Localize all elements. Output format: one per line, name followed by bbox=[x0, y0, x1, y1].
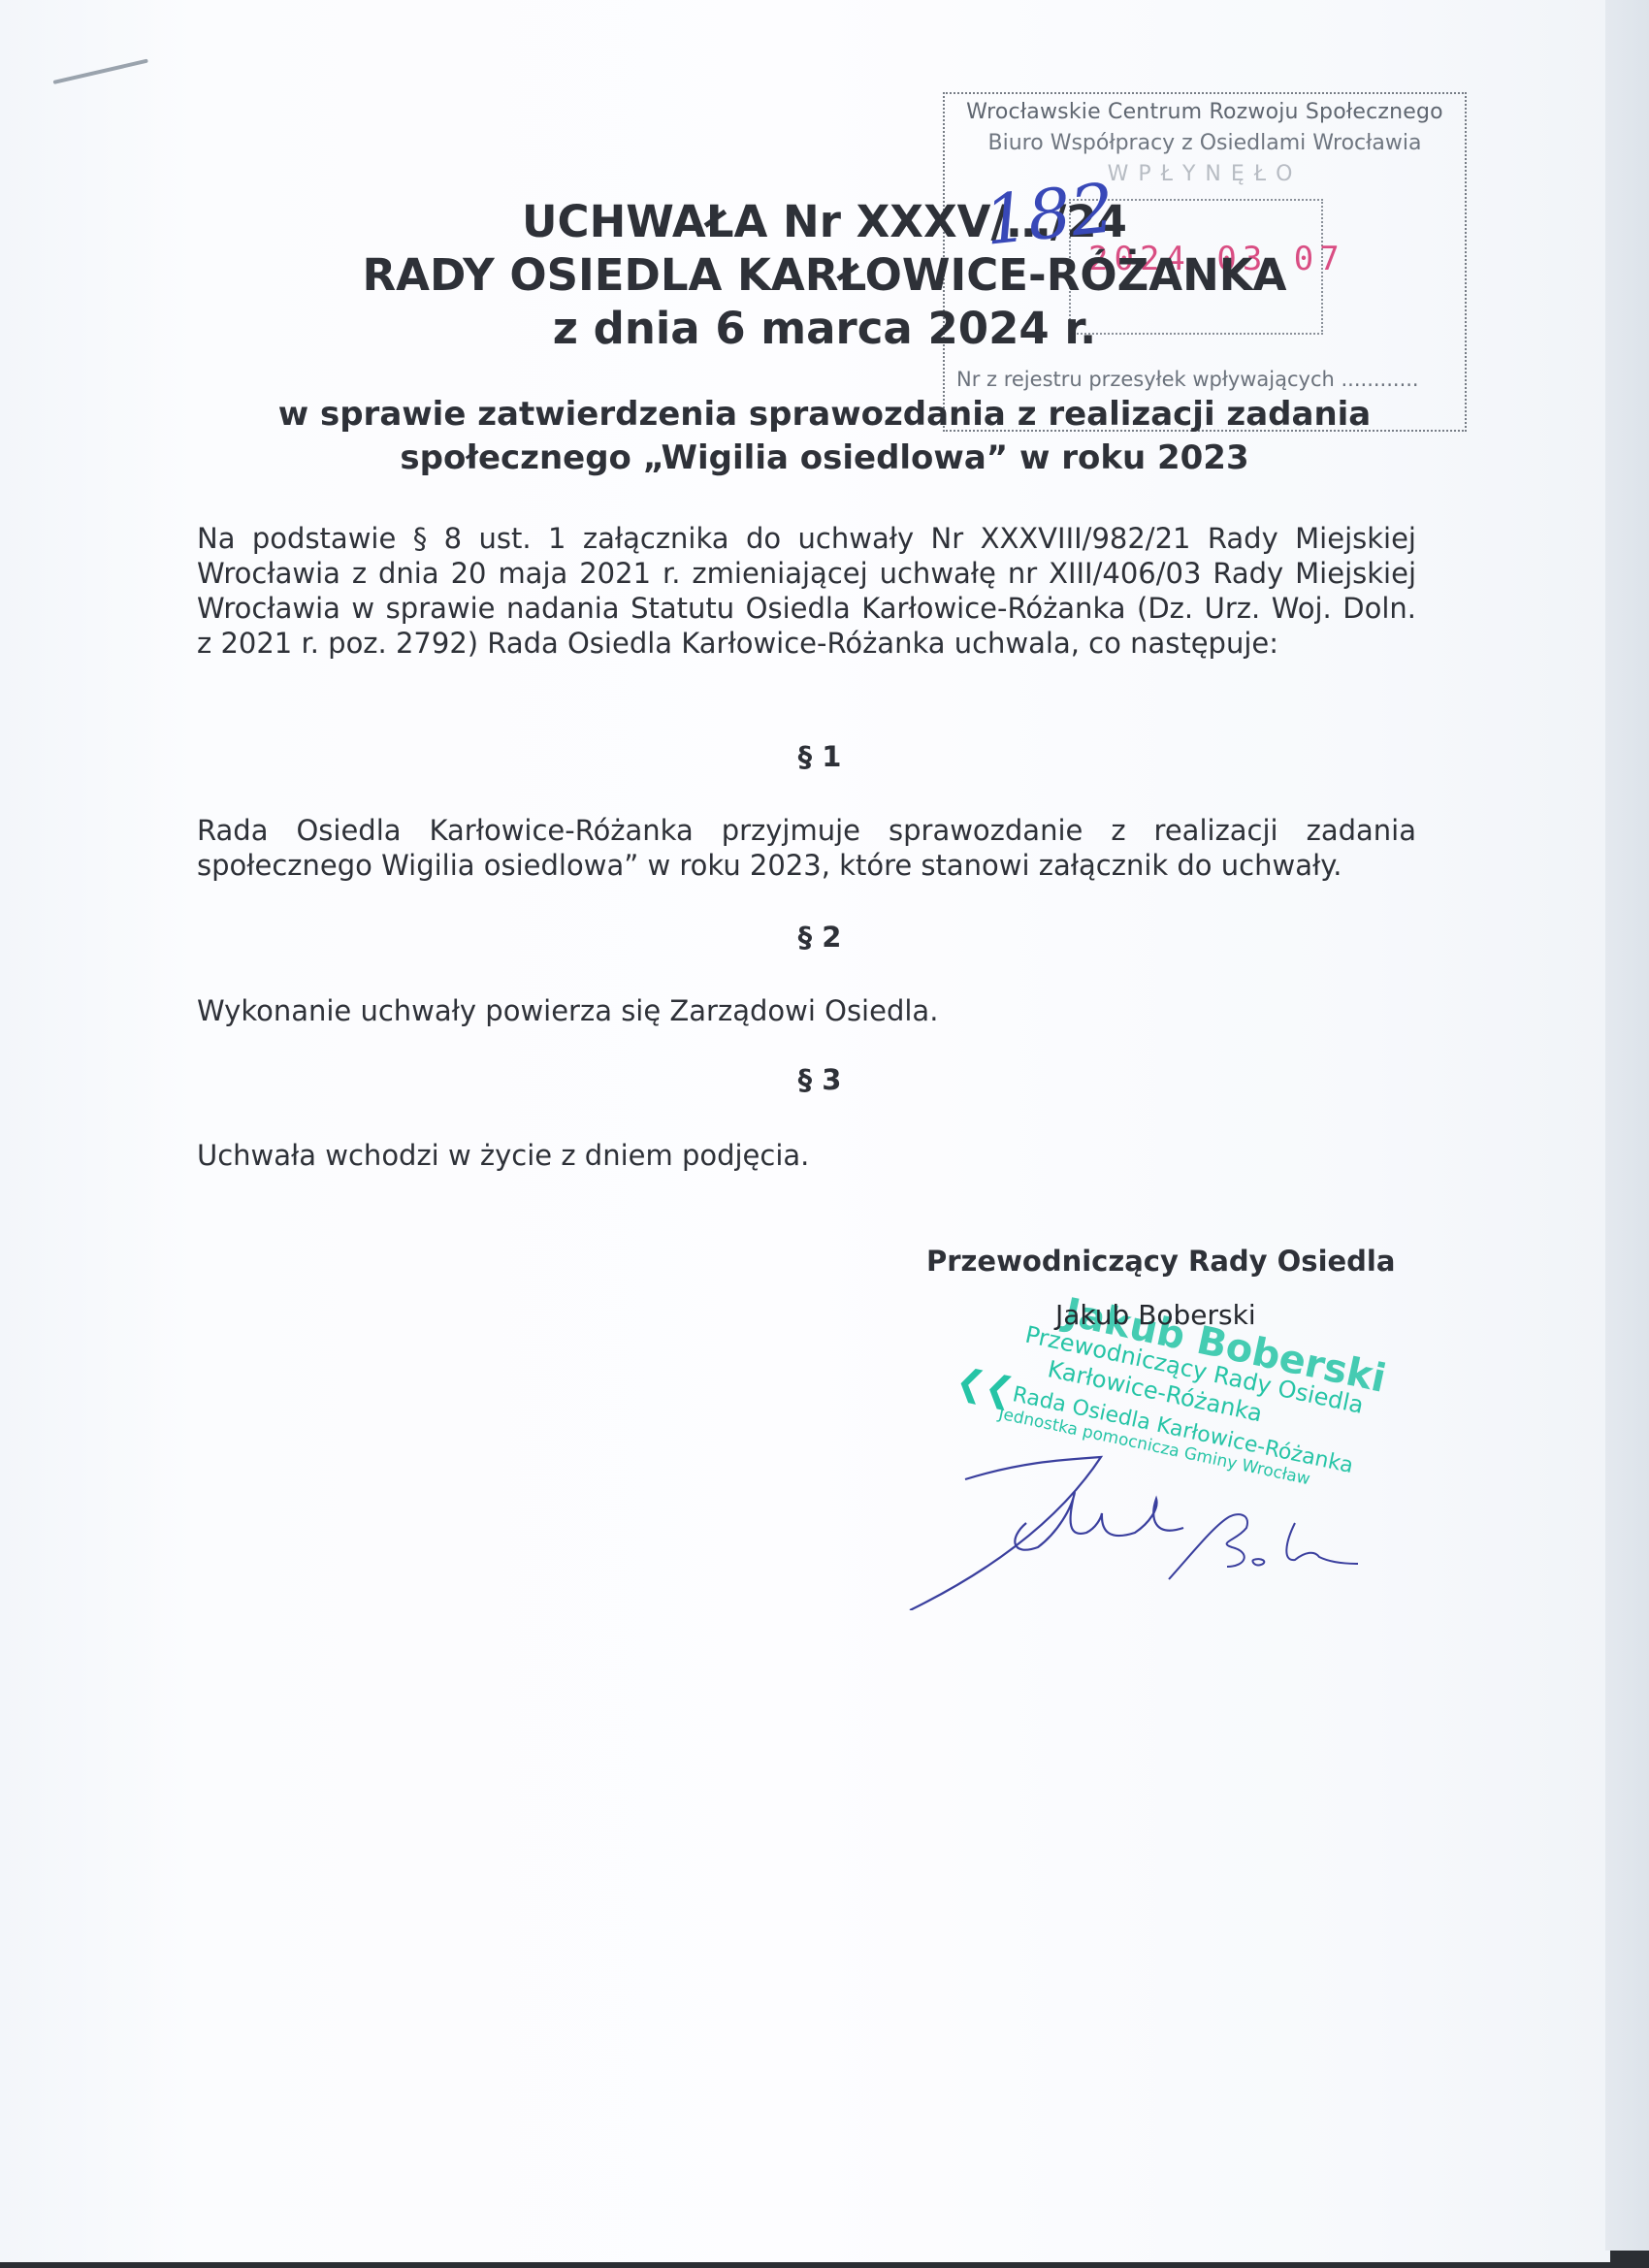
subject-line-2: społecznego „Wigilia osiedlowa” w roku 2… bbox=[0, 437, 1649, 480]
scan-mark bbox=[53, 59, 148, 84]
resolution-date: z dnia 6 marca 2024 r. bbox=[0, 301, 1649, 357]
section-text-1: Rada Osiedla Karłowice-Różanka przyjmuje… bbox=[197, 813, 1416, 883]
subject-line-1: w sprawie zatwierdzenia sprawozdania z r… bbox=[0, 393, 1649, 437]
section-mark-3: § 3 bbox=[0, 1063, 1644, 1096]
stamp-org-name: Wrocławskie Centrum Rozwoju Społecznego bbox=[945, 100, 1465, 124]
signatory-name: Jakub Boberski bbox=[1055, 1299, 1256, 1331]
stamp-office-name: Biuro Współpracy z Osiedlami Wrocławia bbox=[945, 131, 1465, 155]
document-page: Wrocławskie Centrum Rozwoju Społecznego … bbox=[0, 0, 1610, 2262]
section-mark-2: § 2 bbox=[0, 921, 1644, 954]
resolution-number: UCHWAŁA Nr XXXV/…/24 bbox=[0, 194, 1649, 250]
section-mark-1: § 1 bbox=[0, 740, 1644, 773]
legal-basis-paragraph: Na podstawie § 8 ust. 1 załącznika do uc… bbox=[197, 521, 1416, 661]
section-text-2: Wykonanie uchwały powierza się Zarządowi… bbox=[197, 993, 1416, 1028]
section-text-3: Uchwała wchodzi w życie z dniem podjęcia… bbox=[197, 1138, 1416, 1173]
stamp-register-number: Nr z rejestru przesyłek wpływających ...… bbox=[956, 368, 1419, 391]
handwritten-resolution-number: 182 bbox=[981, 168, 1117, 261]
scan-edge bbox=[1605, 0, 1649, 2251]
council-name: RADY OSIEDLA KARŁOWICE-RÓŻANKA bbox=[0, 247, 1649, 304]
council-logo-icon: ❮❮ bbox=[953, 1361, 1018, 1412]
signatory-title: Przewodniczący Rady Osiedla bbox=[926, 1245, 1395, 1278]
handwritten-signature-icon bbox=[902, 1416, 1368, 1610]
